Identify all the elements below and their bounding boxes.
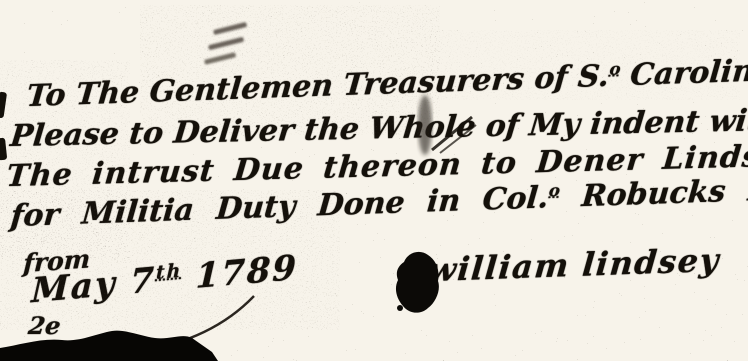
- seal-impression-arc: [138, 296, 254, 352]
- left-edge-mark: [0, 92, 7, 161]
- line1-text-end: Carolina: [618, 53, 748, 93]
- ink-blot-drip: [397, 305, 403, 311]
- corner-note: 2e: [27, 314, 62, 338]
- top-smudge: [204, 22, 247, 65]
- date-year: 1789: [181, 248, 298, 298]
- scanned-document-page: To The Gentlemen Treasurers of S.o Carol…: [0, 0, 748, 361]
- date-superscript-th: th: [156, 259, 183, 283]
- handwriting-line-1: To The Gentlemen Treasurers of S.o Carol…: [25, 56, 748, 112]
- line1-text: To The Gentlemen Treasurers of S.: [25, 59, 610, 114]
- signature-william-lindsey: william lindsey: [427, 244, 721, 286]
